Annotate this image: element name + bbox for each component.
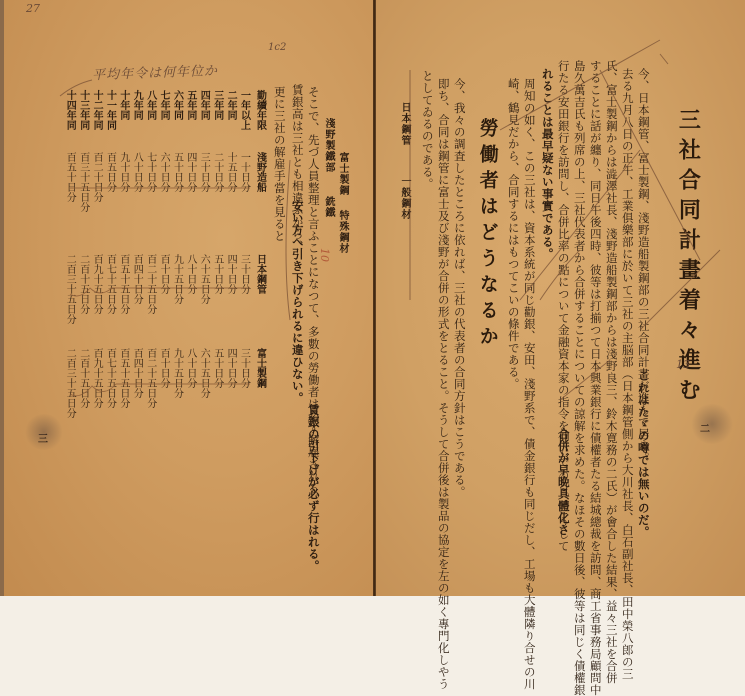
right-para1-line5: 島久萬吉氏も列席の上、三社代表者から合併することについての諒解を求めた。なほその…: [572, 60, 586, 600]
product-company-3: 淺野製鐵部: [322, 118, 334, 173]
table-cell: 百二十日分: [91, 152, 102, 202]
right-para3-line3: としてゐるのである。: [420, 70, 434, 190]
table-cell: 三十日分: [238, 348, 249, 388]
product-item-3: 銑鐵: [322, 196, 334, 218]
table-cell: 百三十五日分: [77, 152, 88, 212]
table-cell: 百七十五日分: [104, 254, 115, 314]
table-cell: 六十日分: [158, 152, 169, 192]
table-year-header: 十年同: [117, 90, 128, 120]
table-cell: 百四十日分: [131, 348, 142, 398]
table-cell: 四十日分: [184, 152, 195, 192]
product-item-2: 特殊鋼材: [336, 210, 348, 254]
table-cell: 四十日分: [225, 254, 236, 294]
table-cell: 三十日分: [198, 152, 209, 192]
table-cell: 百五十五日分: [117, 348, 128, 408]
right-para1-line4: することに話が纏り、同日午後四時、彼等は打揃つて日本興業銀行に債權者たる結城總裁…: [588, 60, 602, 600]
table-cell: 二百三十五日分: [64, 348, 75, 418]
product-company-1: 日本鋼管: [398, 102, 410, 146]
page-stain: [24, 414, 64, 450]
table-cell: 百十日分: [158, 254, 169, 294]
table-cell: 九十五日分: [171, 254, 182, 304]
table-cell: 三十日分: [238, 254, 249, 294]
right-para3-line2: 即ち、合同は鋼管に富士及び淺野が合併の形式をとること。そうして合併後は製品の協定…: [436, 78, 450, 600]
emphasis-cheap: 安い方へ引き下げられるに違ひない。: [290, 200, 304, 404]
subheading-workers: 勞働者はどうなるか: [476, 118, 499, 352]
handwritten-note-margin-left: 10: [318, 248, 331, 262]
table-cell: 九十日分: [117, 152, 128, 192]
right-para1-line2: 去る九月八日の正午、工業俱樂部に於いて三社の主脳部（日本鋼管側から大川社長、白石…: [620, 68, 634, 600]
product-item-1: 一般鋼材: [398, 176, 410, 220]
page-stain: [690, 404, 734, 444]
table-year-header: 四年同: [198, 90, 209, 120]
handwritten-note-margin-right: 13: [676, 358, 690, 371]
right-para2-line2: 崎、鶴見だから、合同するにはもつてこいの條件である。: [506, 78, 520, 390]
table-year-header: 十二年同: [91, 90, 102, 130]
table-year-header: 十一年同: [104, 90, 115, 130]
table-cell: 八十日分: [184, 254, 195, 294]
table-cell: 二十日分: [211, 152, 222, 192]
table-company-label: 日本鋼管: [254, 254, 265, 294]
emphasis-merger: 合併が早晩具體化さ: [556, 428, 570, 536]
table-cell: 五十日分: [211, 348, 222, 388]
table-year-header: 十三年同: [77, 90, 88, 130]
right-para1-line3: 氏、富士製鋼からは澁澤社長、淺野造船製鋼部からは淺野良三、鈴木寛務の二氏）が會合…: [604, 60, 618, 600]
table-year-header: 二年同: [225, 90, 236, 120]
table-year-header: 七年同: [158, 90, 169, 120]
table-year-header: 五年同: [184, 90, 195, 120]
table-cell: 五十日分: [211, 254, 222, 294]
table-year-header: 一年以上: [238, 90, 249, 130]
right-para3-line1: 今、我々の調査したところに依れば、三社の代表者の合同方針はこうである。: [452, 78, 466, 498]
table-cell: 百五十日分: [64, 152, 75, 202]
table-cell: 二百十五日分: [77, 254, 88, 314]
table-cell: 九十五日分: [171, 348, 182, 398]
table-cell: 二百三十五日分: [64, 254, 75, 324]
table-year-header: 六年同: [171, 90, 182, 120]
handwritten-note-top: 1c2: [268, 42, 286, 53]
table-year-header: 九年同: [131, 90, 142, 120]
table-cell: 七十日分: [144, 152, 155, 192]
table-cell: 六十五日分: [198, 254, 209, 304]
table-year-header: 十四年同: [64, 90, 75, 130]
emphasis-rumor: これはたゞの噂では無いのだ。: [636, 370, 650, 538]
document-spread: 三社合同計畫着々進む 今、日本鋼管、富士製鋼、淺野造船製鋼部の三社合同計畫が進ん…: [0, 0, 745, 598]
table-cell: 百七十五日分: [104, 348, 115, 408]
table-year-header: 三年同: [211, 90, 222, 120]
table-cell: 六十五日分: [198, 348, 209, 398]
right-para2-line1: 周知の如く、この三社は、資本系統が同じ勸銀、安田、淺野系で、債金銀行も同じだし、…: [522, 78, 536, 600]
emphasis-wage-cut: 賃銀の引下げが必ず行はれる。: [306, 404, 320, 572]
table-header-tenure: 勤續年限: [254, 90, 265, 130]
table-cell: 十五日分: [225, 152, 236, 192]
table-cell: 八十日分: [184, 348, 195, 388]
handwritten-page-ref: 27: [26, 2, 40, 15]
table-company-label: 淺野造船: [254, 152, 265, 192]
table-cell: 百二十五日分: [144, 254, 155, 314]
table-cell: 百二十五日分: [144, 348, 155, 408]
product-company-2: 富士製鋼: [336, 152, 348, 196]
left-para3: 更に三社の解雇手當を見ると: [272, 86, 286, 242]
table-cell: 百九十五日分: [91, 254, 102, 314]
table-year-header: 八年同: [144, 90, 155, 120]
table-cell: 一十日分: [238, 152, 249, 192]
table-cell: 五十日分: [171, 152, 182, 192]
table-cell: 百十日分: [158, 348, 169, 388]
table-cell: 百四十日分: [131, 254, 142, 304]
book-gutter: [373, 0, 376, 598]
table-cell: 百九十五日分: [91, 348, 102, 408]
emphasis-fact: れることは最早疑ない事實である。: [540, 68, 554, 260]
table-company-label: 富士製鋼: [254, 348, 265, 388]
table-cell: 二百十五日分: [77, 348, 88, 408]
table-cell: 百五十五日分: [117, 254, 128, 314]
table-cell: 百五日分: [104, 152, 115, 192]
table-cell: 八十日分: [131, 152, 142, 192]
table-cell: 四十日分: [225, 348, 236, 388]
